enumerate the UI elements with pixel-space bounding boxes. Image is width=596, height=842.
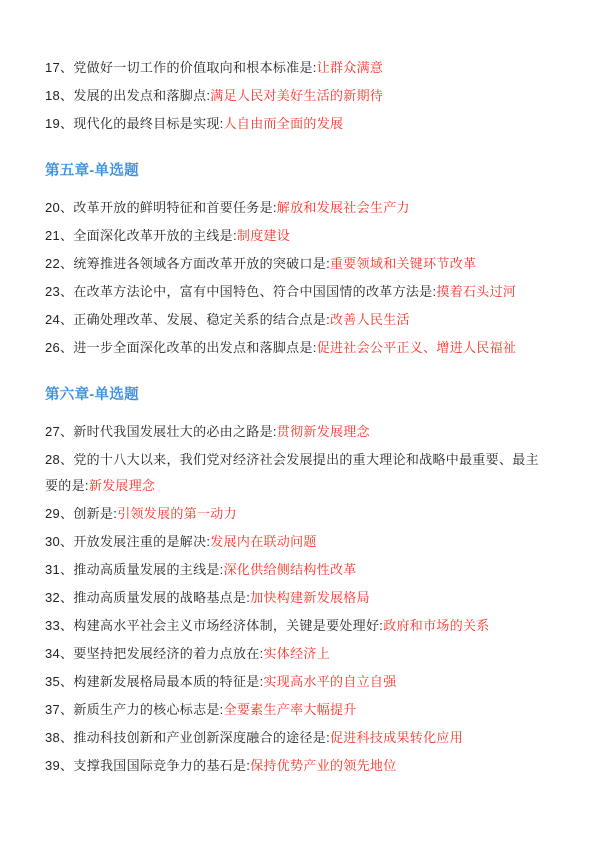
question-item: 33、构建高水平社会主义市场经济体制，关键是要处理好:政府和市场的关系	[45, 613, 551, 639]
answer-text: 促进社会公平正义、增进人民福祉	[317, 340, 517, 355]
answer-text: 引领发展的第一动力	[117, 506, 237, 521]
question-text: 开放发展注重的是解决:	[73, 534, 210, 549]
answer-text: 摸着石头过河	[436, 284, 516, 299]
question-item: 35、构建新发展格局最本质的特征是:实现高水平的自立自强	[45, 669, 551, 695]
question-number: 29、	[45, 506, 73, 521]
question-text: 进一步全面深化改革的出发点和落脚点是:	[73, 340, 316, 355]
question-number: 27、	[45, 424, 73, 439]
question-text: 发展的出发点和落脚点:	[73, 88, 210, 103]
answer-text: 解放和发展社会生产力	[277, 200, 410, 215]
question-number: 34、	[45, 646, 73, 661]
answer-text: 加快构建新发展格局	[250, 590, 370, 605]
answer-text: 全要素生产率大幅提升	[224, 702, 357, 717]
question-number: 19、	[45, 116, 73, 131]
answer-text: 重要领域和关键环节改革	[330, 256, 476, 271]
question-text: 推动高质量发展的主线是:	[73, 562, 223, 577]
answer-text: 政府和市场的关系	[383, 618, 489, 633]
question-item: 28、党的十八大以来，我们党对经济社会发展提出的重大理论和战略中最重要、最主要的…	[45, 447, 551, 499]
answer-text: 保持优势产业的领先地位	[250, 758, 396, 773]
question-text: 党做好一切工作的价值取向和根本标准是:	[73, 60, 316, 75]
question-number: 37、	[45, 702, 73, 717]
question-item: 18、发展的出发点和落脚点:满足人民对美好生活的新期待	[45, 83, 551, 109]
question-item: 21、全面深化改革开放的主线是:制度建设	[45, 223, 551, 249]
question-item: 27、新时代我国发展壮大的必由之路是:贯彻新发展理念	[45, 419, 551, 445]
question-number: 22、	[45, 256, 73, 271]
question-number: 23、	[45, 284, 73, 299]
answer-text: 满足人民对美好生活的新期待	[210, 88, 383, 103]
answer-text: 新发展理念	[89, 478, 156, 493]
question-item: 23、在改革方法论中，富有中国特色、符合中国国情的改革方法是:摸着石头过河	[45, 279, 551, 305]
chapter-heading: 第六章-单选题	[45, 385, 551, 405]
question-number: 21、	[45, 228, 73, 243]
question-text: 推动科技创新和产业创新深度融合的途径是:	[73, 730, 330, 745]
question-number: 35、	[45, 674, 73, 689]
question-text: 要坚持把发展经济的着力点放在:	[73, 646, 263, 661]
question-number: 26、	[45, 340, 73, 355]
question-number: 33、	[45, 618, 73, 633]
question-item: 32、推动高质量发展的战略基点是:加快构建新发展格局	[45, 585, 551, 611]
chapter-section: 第五章-单选题 20、改革开放的鲜明特征和首要任务是:解放和发展社会生产力 21…	[45, 161, 551, 361]
question-item: 29、创新是:引领发展的第一动力	[45, 501, 551, 527]
document-page: 17、党做好一切工作的价值取向和根本标准是:让群众满意 18、发展的出发点和落脚…	[0, 0, 596, 842]
question-text: 全面深化改革开放的主线是:	[73, 228, 237, 243]
answer-text: 发展内在联动问题	[210, 534, 316, 549]
chapter-heading: 第五章-单选题	[45, 161, 551, 181]
question-text: 创新是:	[73, 506, 117, 521]
question-item: 26、进一步全面深化改革的出发点和落脚点是:促进社会公平正义、增进人民福祉	[45, 335, 551, 361]
question-text: 构建高水平社会主义市场经济体制，关键是要处理好:	[73, 618, 383, 633]
question-number: 24、	[45, 312, 73, 327]
question-text: 构建新发展格局最本质的特征是:	[73, 674, 263, 689]
chapter-section: 第六章-单选题 27、新时代我国发展壮大的必由之路是:贯彻新发展理念 28、党的…	[45, 385, 551, 779]
question-number: 20、	[45, 200, 73, 215]
question-number: 28、	[45, 452, 73, 467]
question-item: 34、要坚持把发展经济的着力点放在:实体经济上	[45, 641, 551, 667]
question-item: 30、开放发展注重的是解决:发展内在联动问题	[45, 529, 551, 555]
question-item: 17、党做好一切工作的价值取向和根本标准是:让群众满意	[45, 55, 551, 81]
question-text: 支撑我国国际竞争力的基石是:	[73, 758, 250, 773]
answer-text: 人自由而全面的发展	[224, 116, 344, 131]
question-text: 改革开放的鲜明特征和首要任务是:	[73, 200, 276, 215]
question-item: 19、现代化的最终目标是实现:人自由而全面的发展	[45, 111, 551, 137]
question-text: 新时代我国发展壮大的必由之路是:	[73, 424, 276, 439]
question-number: 38、	[45, 730, 73, 745]
chapter-section: 17、党做好一切工作的价值取向和根本标准是:让群众满意 18、发展的出发点和落脚…	[45, 55, 551, 137]
question-text: 现代化的最终目标是实现:	[73, 116, 223, 131]
question-item: 38、推动科技创新和产业创新深度融合的途径是:促进科技成果转化应用	[45, 725, 551, 751]
answer-text: 实体经济上	[264, 646, 331, 661]
answer-text: 贯彻新发展理念	[277, 424, 370, 439]
question-text: 在改革方法论中，富有中国特色、符合中国国情的改革方法是:	[73, 284, 436, 299]
question-text: 统筹推进各领域各方面改革开放的突破口是:	[73, 256, 330, 271]
question-number: 39、	[45, 758, 73, 773]
answer-text: 深化供给侧结构性改革	[224, 562, 357, 577]
question-text: 正确处理改革、发展、稳定关系的结合点是:	[73, 312, 330, 327]
question-number: 32、	[45, 590, 73, 605]
answer-text: 改善人民生活	[330, 312, 410, 327]
question-item: 22、统筹推进各领域各方面改革开放的突破口是:重要领域和关键环节改革	[45, 251, 551, 277]
question-item: 24、正确处理改革、发展、稳定关系的结合点是:改善人民生活	[45, 307, 551, 333]
question-number: 31、	[45, 562, 73, 577]
answer-text: 促进科技成果转化应用	[330, 730, 463, 745]
answer-text: 实现高水平的自立自强	[264, 674, 397, 689]
question-item: 20、改革开放的鲜明特征和首要任务是:解放和发展社会生产力	[45, 195, 551, 221]
question-item: 39、支撑我国国际竞争力的基石是:保持优势产业的领先地位	[45, 753, 551, 779]
question-number: 17、	[45, 60, 73, 75]
question-item: 37、新质生产力的核心标志是:全要素生产率大幅提升	[45, 697, 551, 723]
question-number: 18、	[45, 88, 73, 103]
question-text: 推动高质量发展的战略基点是:	[73, 590, 250, 605]
question-item: 31、推动高质量发展的主线是:深化供给侧结构性改革	[45, 557, 551, 583]
answer-text: 制度建设	[237, 228, 290, 243]
answer-text: 让群众满意	[317, 60, 384, 75]
question-text: 新质生产力的核心标志是:	[73, 702, 223, 717]
question-number: 30、	[45, 534, 73, 549]
